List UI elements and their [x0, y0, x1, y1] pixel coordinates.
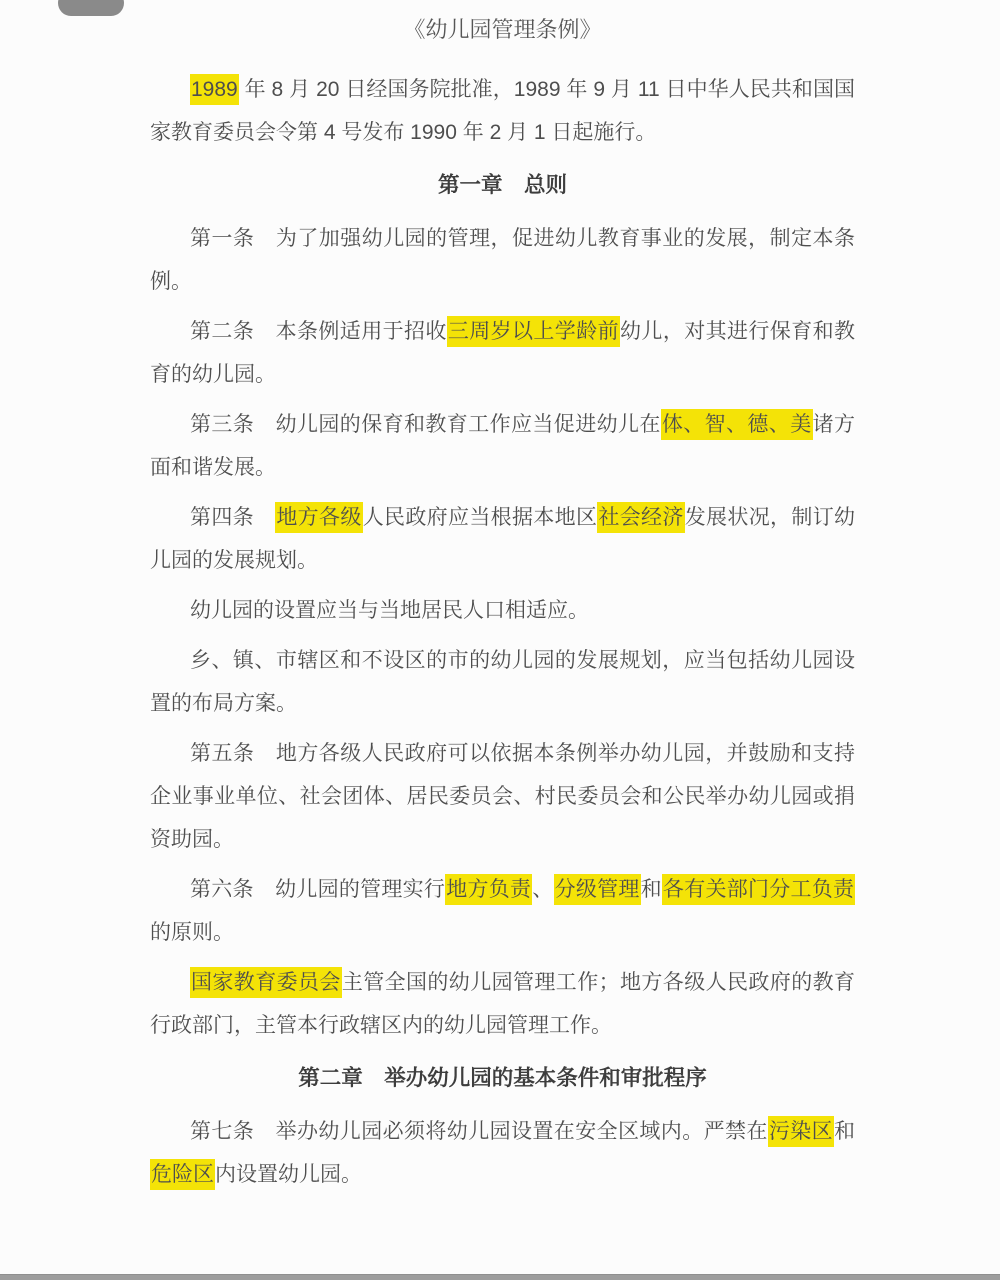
- chapter-1-heading: 第一章 总则: [150, 164, 855, 207]
- highlighted-text: 国家教育委员会: [190, 967, 342, 998]
- highlighted-text: 分级管理: [554, 874, 641, 905]
- document-body: 1989 年 8 月 20 日经国务院批准，1989 年 9 月 11 日中华人…: [150, 68, 855, 1196]
- document-content: 《幼儿园管理条例》 1989 年 8 月 20 日经国务院批准，1989 年 9…: [150, 8, 855, 1203]
- text-run: 和: [641, 878, 662, 901]
- text-run: 第二章 举办幼儿园的基本条件和审批程序: [298, 1066, 707, 1090]
- highlighted-text: 危险区: [150, 1159, 215, 1190]
- text-run: 第四条: [190, 506, 275, 529]
- promulgation-note: 1989 年 8 月 20 日经国务院批准，1989 年 9 月 11 日中华人…: [150, 68, 855, 154]
- text-run: 、: [532, 878, 553, 901]
- document-page: 《幼儿园管理条例》 1989 年 8 月 20 日经国务院批准，1989 年 9…: [0, 0, 1000, 1280]
- text-run: 和: [834, 1120, 855, 1143]
- article-3: 第三条 幼儿园的保育和教育工作应当促进幼儿在体、智、德、美诸方面和谐发展。: [150, 403, 855, 489]
- text-run: 第五条 地方各级人民政府可以依据本条例举办幼儿园，并鼓励和支持企业事业单位、社会…: [150, 742, 855, 851]
- highlighted-text: 污染区: [768, 1116, 834, 1147]
- highlighted-text: 1989: [190, 74, 239, 105]
- article-6: 第六条 幼儿园的管理实行地方负责、分级管理和各有关部门分工负责的原则。: [150, 868, 855, 954]
- article-2: 第二条 本条例适用于招收三周岁以上学龄前幼儿，对其进行保育和教育的幼儿园。: [150, 310, 855, 396]
- text-run: 第一条 为了加强幼儿园的管理，促进幼儿教育事业的发展，制定本条例。: [150, 227, 855, 293]
- text-run: 的原则。: [150, 921, 234, 944]
- text-run: 乡、镇、市辖区和不设区的市的幼儿园的发展规划，应当包括幼儿园设置的布局方案。: [150, 649, 855, 715]
- text-run: 第二条 本条例适用于招收: [190, 320, 447, 343]
- highlighted-text: 各有关部门分工负责: [662, 874, 855, 905]
- article-6-para-2: 国家教育委员会主管全国的幼儿园管理工作；地方各级人民政府的教育行政部门，主管本行…: [150, 961, 855, 1047]
- text-run: 第七条 举办幼儿园必须将幼儿园设置在安全区域内。严禁在: [190, 1120, 768, 1143]
- text-run: 第一章 总则: [438, 173, 567, 197]
- cropped-top-pill: [58, 0, 124, 16]
- article-4: 第四条 地方各级人民政府应当根据本地区社会经济发展状况，制订幼儿园的发展规划。: [150, 496, 855, 582]
- bottom-divider-bar: [0, 1274, 1000, 1280]
- article-7: 第七条 举办幼儿园必须将幼儿园设置在安全区域内。严禁在污染区和危险区内设置幼儿园…: [150, 1110, 855, 1196]
- text-run: 第三条 幼儿园的保育和教育工作应当促进幼儿在: [190, 413, 661, 436]
- article-4-para-3: 乡、镇、市辖区和不设区的市的幼儿园的发展规划，应当包括幼儿园设置的布局方案。: [150, 639, 855, 725]
- highlighted-text: 体、智、德、美: [661, 409, 813, 440]
- highlighted-text: 地方各级: [275, 502, 362, 533]
- text-run: 年 8 月 20 日经国务院批准，1989 年 9 月 11 日中华人民共和国国…: [150, 78, 855, 144]
- text-run: 第六条 幼儿园的管理实行: [190, 878, 445, 901]
- article-5: 第五条 地方各级人民政府可以依据本条例举办幼儿园，并鼓励和支持企业事业单位、社会…: [150, 732, 855, 861]
- text-run: 幼儿园的设置应当与当地居民人口相适应。: [190, 599, 589, 622]
- highlighted-text: 地方负责: [445, 874, 532, 905]
- text-run: 内设置幼儿园。: [215, 1163, 362, 1186]
- highlighted-text: 三周岁以上学龄前: [447, 316, 620, 347]
- text-run: 人民政府应当根据本地区: [363, 506, 598, 529]
- chapter-2-heading: 第二章 举办幼儿园的基本条件和审批程序: [150, 1057, 855, 1100]
- article-1: 第一条 为了加强幼儿园的管理，促进幼儿教育事业的发展，制定本条例。: [150, 217, 855, 303]
- document-title: 《幼儿园管理条例》: [150, 8, 855, 51]
- article-4-para-2: 幼儿园的设置应当与当地居民人口相适应。: [150, 589, 855, 632]
- highlighted-text: 社会经济: [597, 502, 684, 533]
